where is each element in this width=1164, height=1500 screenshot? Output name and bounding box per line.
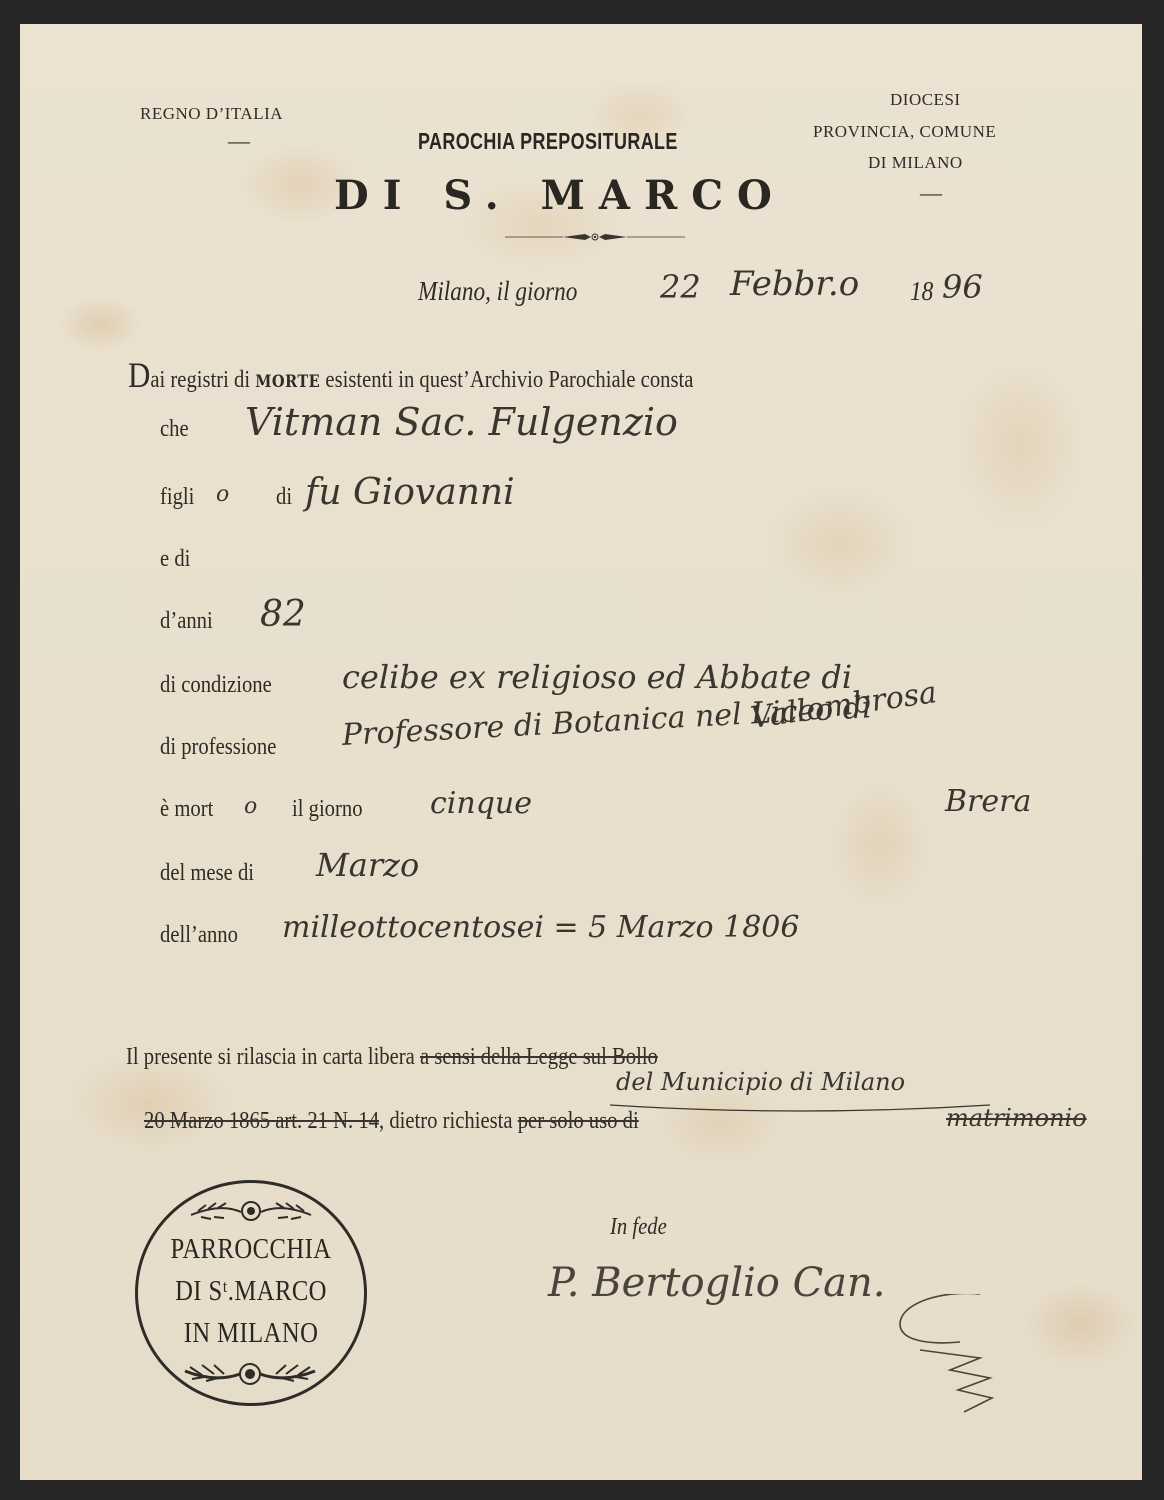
date-month: Febbr.o — [730, 264, 859, 304]
field-label-e-di: e di — [160, 546, 190, 573]
field-value-condition: celibe ex religioso ed Abbate di — [342, 658, 852, 696]
field-suffix-morto: o — [244, 794, 257, 819]
ornament-divider-icon — [505, 227, 685, 237]
field-value-name: Vitman Sac. Fulgenzio — [245, 400, 678, 444]
header-right-diocese: DIOCESI — [890, 90, 961, 110]
insert-caret-icon — [610, 1100, 990, 1112]
header-parish-subtitle: PAROCHIA PREPOSITURALE — [418, 128, 678, 155]
header-right-city: DI MILANO — [868, 153, 963, 173]
field-value-father: fu Giovanni — [305, 472, 515, 513]
date-day: 22 — [660, 268, 701, 306]
intro-pre: ai registri di — [150, 367, 250, 393]
release-line2-normal: , dietro richiesta — [379, 1108, 513, 1134]
field-label-professione: di professione — [160, 734, 276, 761]
field-label-giorno: il giorno — [292, 796, 363, 823]
field-value-age: 82 — [260, 594, 306, 635]
priest-signature: P. Bertoglio Can. — [548, 1260, 886, 1306]
header-right-province: PROVINCIA, COMUNE — [813, 122, 996, 142]
field-label-anni: d’anni — [160, 608, 213, 635]
laurel-bottom-icon — [180, 1359, 320, 1393]
intro-morte: MORTE — [255, 372, 320, 392]
release-insert: del Municipio di Milano — [616, 1068, 905, 1096]
field-value-profession: Professore di Botanica nel Liceo di — [341, 690, 872, 753]
release-line2-struck: 20 Marzo 1865 art. 21 N. 14 — [144, 1108, 379, 1134]
release-struck-purpose: matrimonio — [946, 1104, 1087, 1132]
field-label-anno: dell’anno — [160, 922, 238, 949]
header-right-dash: — — [920, 180, 942, 206]
field-label-di: di — [276, 484, 292, 511]
release-line2-struck2: per solo uso di — [518, 1108, 639, 1134]
release-line-1: Il presente si rilascia in carta libera … — [126, 1044, 658, 1071]
release-line1-struck: a sensi della Legge sul Bollo — [420, 1044, 658, 1070]
signature-flourish-icon — [880, 1294, 1000, 1428]
parish-seal-stamp: PARROCCHIA DI Sᵗ.MARCO IN MILANO — [135, 1180, 367, 1406]
stamp-line-2: DI Sᵗ.MARCO — [155, 1275, 347, 1308]
header-parish-title: DI S. MARCO — [334, 172, 786, 219]
field-value-year: milleottocentosei = 5 Marzo 1806 — [282, 910, 800, 945]
date-prefix: Milano, il giorno — [418, 276, 577, 307]
stamp-line-1: PARROCCHIA — [155, 1233, 347, 1266]
field-value-month: Marzo — [316, 846, 419, 884]
intro-post: esistenti in quest’Archivio Parochiale c… — [325, 367, 693, 393]
intro-dropcap: D — [128, 355, 150, 395]
field-label-che: che — [160, 416, 189, 443]
field-label-figli: figli — [160, 484, 194, 511]
field-value-place-below: Brera — [945, 784, 1031, 819]
certificate-page: REGNO D’ITALIA — PAROCHIA PREPOSITURALE … — [20, 24, 1142, 1480]
header-left-kingdom: REGNO D’ITALIA — [140, 104, 283, 124]
field-value-day: cinque — [430, 786, 532, 821]
intro-line: Dai registri di MORTE esistenti in quest… — [128, 354, 693, 396]
release-line-2: 20 Marzo 1865 art. 21 N. 14, dietro rich… — [144, 1108, 639, 1135]
date-year-handwritten: 96 — [942, 268, 983, 306]
laurel-top-icon — [186, 1197, 316, 1231]
date-year-printed: 18 — [910, 276, 933, 307]
field-label-morto: è mort — [160, 796, 213, 823]
release-line1-normal: Il presente si rilascia in carta libera — [126, 1044, 415, 1070]
field-label-condizione: di condizione — [160, 672, 272, 699]
header-left-dash: — — [228, 128, 250, 154]
in-fede-label: In fede — [610, 1214, 667, 1241]
field-label-mese: del mese di — [160, 860, 254, 887]
field-suffix-figli: o — [216, 482, 229, 507]
stamp-line-3: IN MILANO — [155, 1317, 347, 1350]
